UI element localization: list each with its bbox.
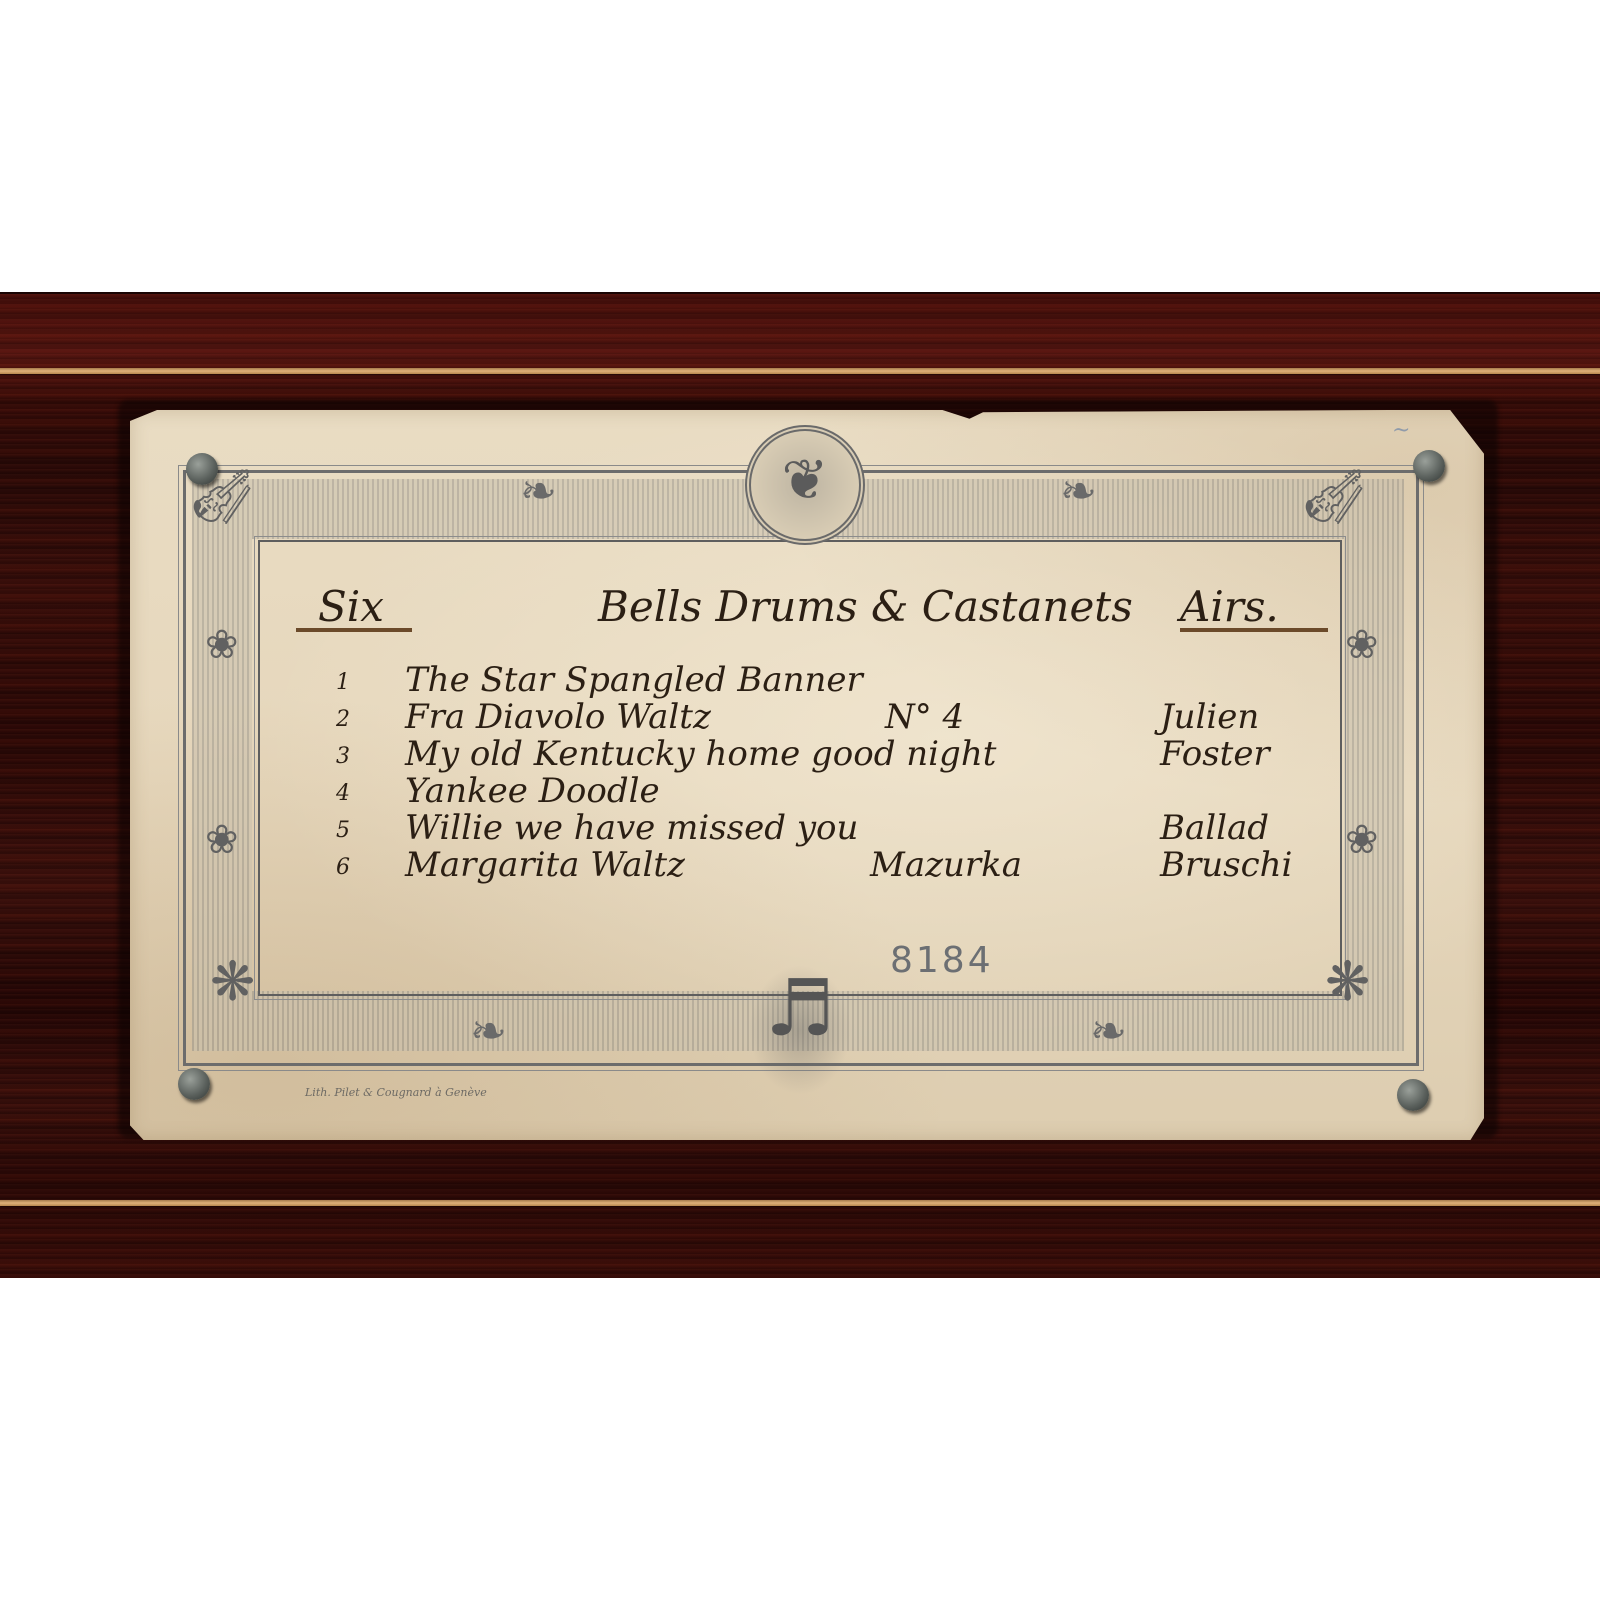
heading-underline (1180, 628, 1328, 632)
heading-underline (296, 628, 412, 632)
mounting-pin (178, 1068, 210, 1100)
scroll-ornament-icon: ❧ (470, 1010, 507, 1054)
tune-title: Fra Diavolo Waltz (405, 697, 711, 737)
mounting-pin (1397, 1079, 1429, 1111)
serial-number: 8184 (890, 940, 994, 981)
tune-note: Mazurka (870, 845, 1022, 885)
cherubs-medallion-icon: ❦ (745, 425, 865, 545)
scroll-ornament-icon: ❧ (1060, 470, 1097, 514)
mounting-pin (1413, 450, 1445, 482)
printer-credit: Lith. Pilet & Cougnard à Genève (305, 1086, 487, 1099)
floral-pendant-icon: ❀ (1345, 625, 1379, 665)
tune-title: Margarita Waltz (405, 845, 685, 885)
inlay-stringing-bottom (0, 1200, 1600, 1206)
heading-title: Bells Drums & Castanets (598, 582, 1133, 631)
tune-number: 1 (336, 670, 350, 695)
corner-rosette-icon: ❋ (210, 955, 255, 1009)
tune-attribution: Foster (1160, 734, 1270, 774)
tune-number: 5 (336, 818, 350, 843)
pencil-scribble: ~ (1392, 418, 1410, 443)
harpist-icon: ♬ (745, 960, 855, 1100)
scroll-ornament-icon: ❧ (520, 470, 557, 514)
corner-rosette-icon: ❋ (1325, 955, 1370, 1009)
tune-number: 6 (336, 855, 350, 880)
tune-attribution: Ballad (1160, 808, 1269, 848)
tune-attribution: Julien (1160, 697, 1259, 737)
floral-pendant-icon: ❀ (1345, 820, 1379, 860)
tune-attribution: Bruschi (1160, 845, 1292, 885)
tune-number: 4 (336, 781, 350, 806)
tune-title: My old Kentucky home good night (405, 734, 996, 774)
tune-title: The Star Spangled Banner (405, 660, 863, 700)
inlay-stringing-top (0, 368, 1600, 374)
scroll-ornament-icon: ❧ (1090, 1010, 1127, 1054)
heading-type: Airs. (1180, 582, 1279, 631)
floral-pendant-icon: ❀ (205, 820, 239, 860)
tune-number: 2 (336, 707, 350, 732)
tune-note: N° 4 (885, 697, 964, 737)
floral-pendant-icon: ❀ (205, 625, 239, 665)
tune-title: Yankee Doodle (405, 771, 660, 811)
violin-trophy-icon: 🎻︎ (1300, 470, 1369, 524)
heading-count: Six (318, 582, 384, 631)
mounting-pin (186, 453, 218, 485)
tune-title: Willie we have missed you (405, 808, 858, 848)
tune-number: 3 (336, 744, 350, 769)
